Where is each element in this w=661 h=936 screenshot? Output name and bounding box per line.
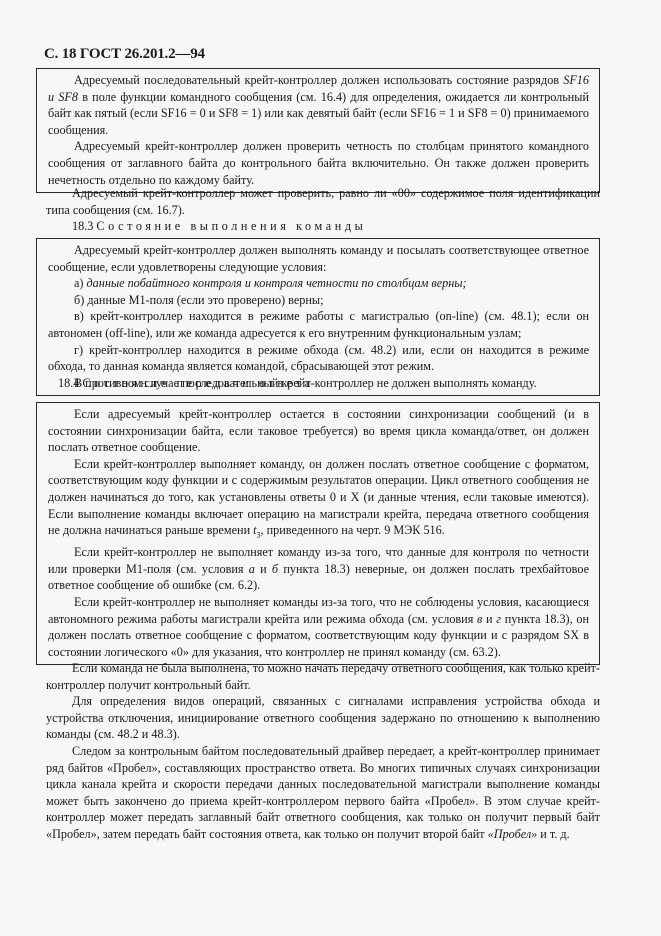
section-heading-18-4: 18.4 Состояние передачи ответа [36,375,600,392]
framed-block-2: Адресуемый крейт-контроллер должен выпол… [36,238,600,396]
framed-block-1: Адресуемый последовательный крейт-контро… [36,68,600,193]
section-heading-18-3: 18.3 Состояние выполнения команды [36,218,600,235]
paragraph: Адресуемый последовательный крейт-контро… [48,72,589,138]
paragraph: Если крейт-контроллер не выполняет коман… [48,544,589,594]
paragraph: Если крейт-контроллер не выполняет коман… [48,594,589,660]
paragraph: Адресуемый крейт-контроллер должен выпол… [48,242,589,275]
list-item: а) данные побайтного контроля и контроля… [48,275,589,292]
free-text-2: Если команда не была выполнена, то можно… [36,660,600,843]
paragraph: Для определения видов операций, связанны… [36,693,600,743]
paragraph: Если крейт-контроллер выполняет команду,… [48,456,589,544]
paragraph: Если команда не была выполнена, то можно… [36,660,600,693]
section-heading-18-4-wrap: 18.4 Состояние передачи ответа [36,375,600,392]
list-item: г) крейт-контроллер находится в режиме о… [48,342,589,375]
page-header: С. 18 ГОСТ 26.201.2—94 [44,46,205,63]
paragraph: Следом за контрольным байтом последовате… [36,743,600,843]
framed-block-3: Если адресуемый крейт-контроллер остаетс… [36,402,600,665]
list-item: в) крейт-контроллер находится в режиме р… [48,308,589,341]
list-item: б) данные М1-поля (если это проверено) в… [48,292,589,309]
free-text-1: Адресуемый крейт-контроллер может провер… [36,185,600,235]
paragraph: Адресуемый крейт-контроллер может провер… [36,185,600,218]
paragraph: Если адресуемый крейт-контроллер остаетс… [48,406,589,456]
paragraph: Адресуемый крейт-контроллер должен прове… [48,138,589,188]
